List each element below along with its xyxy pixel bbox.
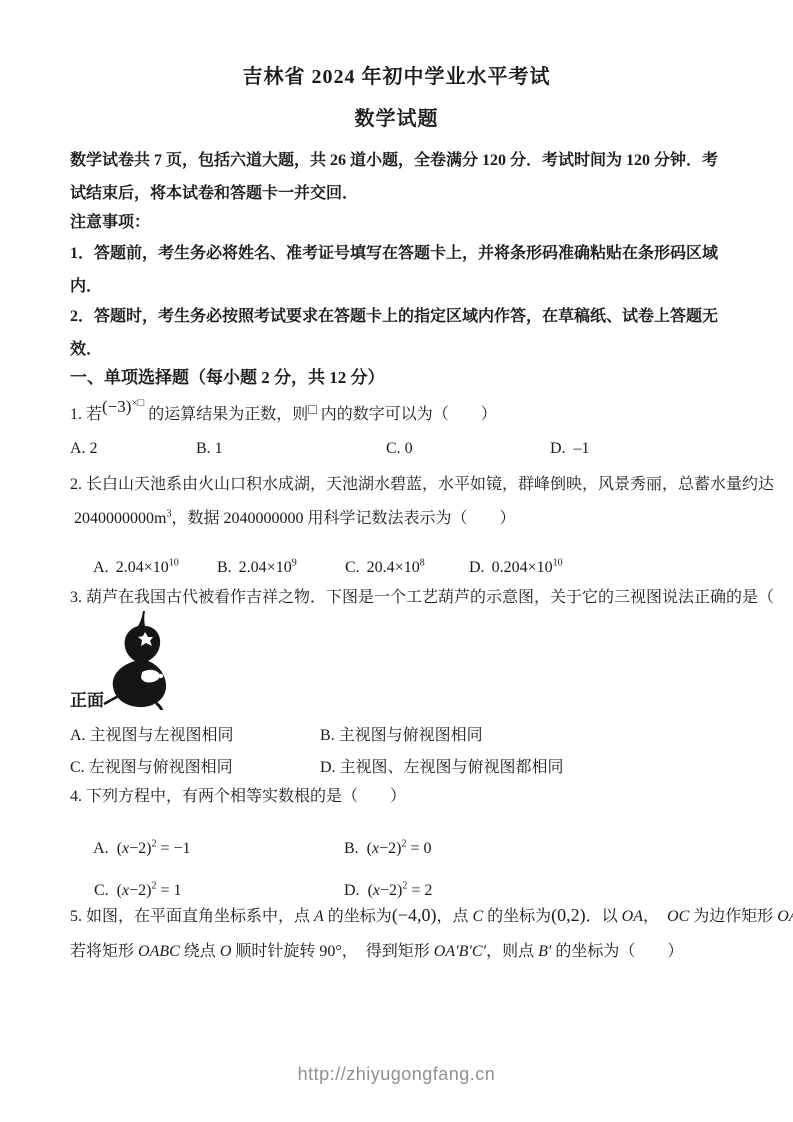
question-4-options-row1: A.(x−2)2 = −1 B.(x−2)2 = 0 xyxy=(70,822,730,846)
question-4-options-row2: C.(x−2)2 = 1 D.(x−2)2 = 2 xyxy=(70,864,730,888)
q3-option-c: C. 左视图与俯视图相同 xyxy=(70,754,233,777)
notice-item2-line2: 效． xyxy=(70,339,730,361)
question-1-options: A. 2 B. 1 C. 0 D. –1 xyxy=(70,440,730,464)
notice-heading: 注意事项： xyxy=(70,212,730,234)
question-2-line1: 2. 长白山天池系由火山口积水成湖，天池湖水碧蓝，水平如镜，群峰倒映，风景秀丽，… xyxy=(70,474,730,496)
q3-option-b: B. 主视图与俯视图相同 xyxy=(320,722,483,745)
question-2-options: A.2.04×1010 B.2.04×109 C.20.4×108 D.0.20… xyxy=(70,541,730,565)
gourd-figure xyxy=(90,610,190,710)
q1-option-a: A. 2 xyxy=(70,440,98,458)
exam-title: 吉林省 2024 年初中学业水平考试 xyxy=(0,66,793,88)
q3-option-d: D. 主视图、左视图与俯视图都相同 xyxy=(320,754,564,777)
q1-option-b: B. 1 xyxy=(196,440,223,458)
question-5-line2: 若将矩形 OABC 绕点 O 顺时针旋转 90°， 得到矩形 OA′B′C′，则… xyxy=(70,941,730,963)
question-4-text: 4. 下列方程中，有两个相等实数根的是（ ） xyxy=(70,786,730,808)
section1-heading: 一、单项选择题（每小题 2 分，共 12 分） xyxy=(70,367,730,389)
intro-line-1: 数学试卷共 7 页，包括六道大题，共 26 道小题，全卷满分 120 分．考试时… xyxy=(70,150,730,172)
q1-option-c: C. 0 xyxy=(386,440,413,458)
notice-item1-line2: 内． xyxy=(70,276,730,298)
notice-item1-line1: 1．答题前，考生务必将姓名、准考证号填写在答题卡上，并将条形码准确粘贴在条形码区… xyxy=(70,243,730,265)
gourd-icon xyxy=(90,610,190,710)
figure-front-label: 正面 xyxy=(70,686,104,711)
question-3-text: 3. 葫芦在我国古代被看作吉祥之物．下图是一个工艺葫芦的示意图，关于它的三视图说… xyxy=(70,587,730,609)
q1-option-d: D. –1 xyxy=(550,440,590,458)
question-3-options-row1: A. 主视图与左视图相同 B. 主视图与俯视图相同 xyxy=(70,722,730,746)
question-5-line1: 5. 如图，在平面直角坐标系中，点 A 的坐标为(−4,0)，点 C 的坐标为(… xyxy=(70,904,730,928)
question-2-line2: 2040000000m3，数据 2040000000 用科学记数法表示为（ ） xyxy=(70,508,730,530)
notice-item2-line1: 2．答题时，考生务必按照考试要求在答题卡上的指定区域内作答，在草稿纸、试卷上答题… xyxy=(70,306,730,328)
question-1-text: 1. 若(−3)×□ 的运算结果为正数，则□ 内的数字可以为（ ） xyxy=(70,403,730,427)
exam-subtitle: 数学试题 xyxy=(0,108,793,130)
intro-line-2: 试结束后，将本试卷和答题卡一并交回． xyxy=(70,183,730,205)
question-3-options-row2: C. 左视图与俯视图相同 D. 主视图、左视图与俯视图都相同 xyxy=(70,754,730,778)
exam-page: 吉林省 2024 年初中学业水平考试 数学试题 数学试卷共 7 页，包括六道大题… xyxy=(0,0,793,1122)
watermark-url: http://zhiyugongfang.cn xyxy=(0,1064,793,1085)
q3-option-a: A. 主视图与左视图相同 xyxy=(70,722,234,745)
